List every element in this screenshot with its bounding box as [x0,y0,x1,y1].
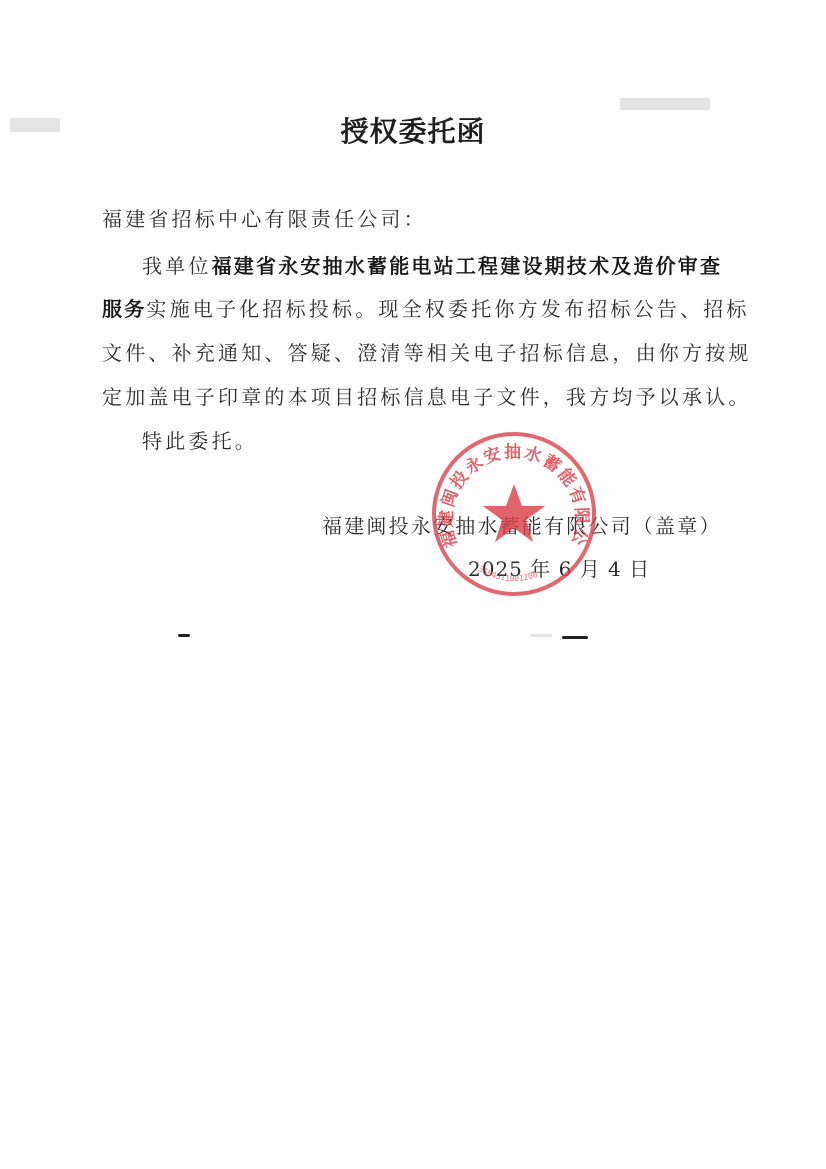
closing-text: 特此委托。 [142,425,258,454]
body-line-4: 定加盖电子印章的本项目招标信息电子文件，我方均予以承认。 [102,381,752,410]
signing-date: 2025 年 6 月 4 日 [468,553,650,582]
intro-text: 我单位 [142,254,212,278]
signing-company: 福建闽投永安抽水蓄能有限公司（盖章） [322,510,722,539]
body-line-2: 服务实施电子化招标投标。现全权委托你方发布招标公告、招标 [102,293,750,322]
scan-mark [562,636,588,639]
page-title: 授权委托函 [0,110,826,150]
scan-mark [178,634,190,637]
body-line-3: 文件、补充通知、答疑、澄清等相关电子招标信息，由你方按规 [102,337,752,366]
addressee: 福建省招标中心有限责任公司： [102,203,427,232]
scan-noise [620,98,710,110]
body-line-1: 我单位福建省永安抽水蓄能电站工程建设期技术及造价审查 [142,250,722,279]
body-text: 实施电子化招标投标。现全权委托你方发布招标公告、招标 [146,297,749,321]
project-name-cont: 服务 [102,297,146,321]
document-page: 授权委托函 福建省招标中心有限责任公司： 我单位福建省永安抽水蓄能电站工程建设期… [0,0,826,1169]
scan-noise [530,634,552,637]
project-name: 福建省永安抽水蓄能电站工程建设期技术及造价审查 [212,254,723,278]
